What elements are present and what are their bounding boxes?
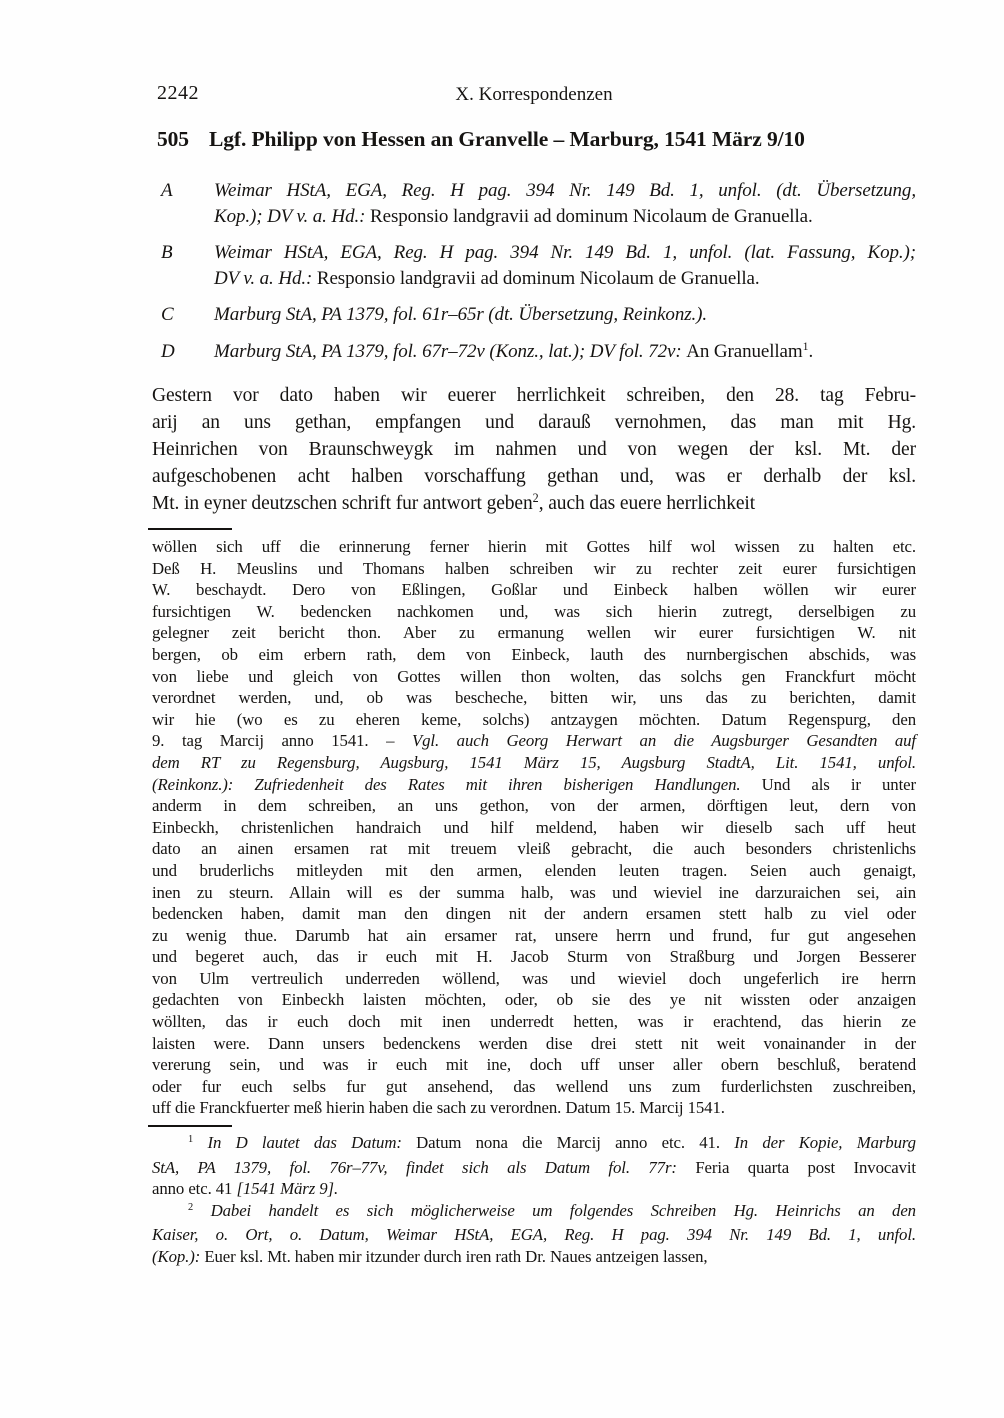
text-line: Mt. in eyner deutzschen schrift fur antw… (152, 490, 916, 519)
text-line: Kop.); DV v. a. Hd.: Responsio landgravi… (214, 204, 916, 230)
text-line: arij an uns gethan, empfangen und darauß… (152, 409, 916, 436)
text-line: W. beschaydt. Dero von Eßlingen, Goßlar … (152, 579, 916, 601)
text-line: Weimar HStA, EGA, Reg. H pag. 394 Nr. 14… (214, 178, 916, 204)
text-line: (Reinkonz.): Zufriedenheit des Rates mit… (152, 774, 916, 796)
text-line: von Ulm vertreulich underreden wöllend, … (152, 968, 916, 990)
witness-label: C (161, 302, 174, 328)
text-line: Marburg StA, PA 1379, fol. 67r–72v (Konz… (214, 339, 916, 367)
footnote-1: 1 In D lautet das Datum: Datum nona die … (152, 1132, 916, 1200)
text-line: oder fur euch selbs fur gut ansehend, da… (152, 1076, 916, 1098)
witness-label: D (161, 339, 175, 365)
text-line: Kaiser, o. Ort, o. Datum, Weimar HStA, E… (152, 1224, 916, 1246)
text-line: zu wenig thue. Darumb hat ain ersamer ra… (152, 925, 916, 947)
text-line: StA, PA 1379, fol. 76r–77v, findet sich … (152, 1157, 916, 1179)
footnote-2: 2 Dabei handelt es sich möglicherweise u… (152, 1200, 916, 1268)
apparatus-continuation-text: wöllen sich uff die erinnerung ferner hi… (152, 536, 916, 1119)
witness-row-b: B Weimar HStA, EGA, Reg. H pag. 394 Nr. … (152, 240, 916, 291)
text-line: 9. tag Marcij anno 1541. – Vgl. auch Geo… (152, 730, 916, 752)
running-head: X. Korrespondenzen (152, 84, 916, 106)
text-line: 1 In D lautet das Datum: Datum nona die … (152, 1132, 916, 1157)
entry-number: 505 (152, 125, 209, 153)
text-line: wöllen sich uff die erinnerung ferner hi… (152, 536, 916, 558)
entry-heading: 505 Lgf. Philipp von Hessen an Granvelle… (152, 125, 916, 153)
text-line: laisten were. Dann unsers bedenckens wer… (152, 1033, 916, 1055)
witness-description: Weimar HStA, EGA, Reg. H pag. 394 Nr. 14… (214, 240, 916, 291)
text-line: anno etc. 41 [1541 März 9]. (152, 1178, 916, 1200)
text-line: aufgeschobenen acht halben vorschaffung … (152, 463, 916, 490)
letter-body-text: Gestern vor dato haben wir euerer herrli… (152, 382, 916, 519)
text-line: Deß H. Meuslins und Thomans halben schre… (152, 558, 916, 580)
text-line: dem RT zu Regensburg, Augsburg, 1541 Mär… (152, 752, 916, 774)
text-line: verordnet werden, und, ob was bescheche,… (152, 687, 916, 709)
witness-row-a: A Weimar HStA, EGA, Reg. H pag. 394 Nr. … (152, 178, 916, 229)
text-line: bergen, ob eim erbern rath, dem von Einb… (152, 644, 916, 666)
text-line: 2 Dabei handelt es sich möglicherweise u… (152, 1200, 916, 1225)
witness-label: B (161, 240, 173, 266)
text-line: Marburg StA, PA 1379, fol. 61r–65r (dt. … (214, 302, 916, 328)
text-line: bedencken haben, damit man den dingen ni… (152, 903, 916, 925)
text-line: anderm in dem schreiben, an uns gethon, … (152, 795, 916, 817)
text-line: und begeret auch, das ir euch mit H. Jac… (152, 946, 916, 968)
text-line: inen zu steurn. Allain will es der summa… (152, 882, 916, 904)
text-line: Heinrichen von Braunschweygk im nahmen u… (152, 436, 916, 463)
text-line: Einbeckh, christenlichen handraich und h… (152, 817, 916, 839)
text-line: DV v. a. Hd.: Responsio landgravii ad do… (214, 266, 916, 292)
text-line: fursichtigen W. bedencken nachkomen und,… (152, 601, 916, 623)
witness-list: A Weimar HStA, EGA, Reg. H pag. 394 Nr. … (152, 178, 916, 366)
text-line: Gestern vor dato haben wir euerer herrli… (152, 382, 916, 409)
witness-description: Marburg StA, PA 1379, fol. 61r–65r (dt. … (214, 302, 916, 328)
text-line: vererung sein, und was ir euch mit ine, … (152, 1054, 916, 1076)
witness-description: Marburg StA, PA 1379, fol. 67r–72v (Konz… (214, 339, 916, 367)
text-line: wöllten, das ir euch doch mit inen under… (152, 1011, 916, 1033)
text-line: von liebe und gleich von Gottes willen t… (152, 666, 916, 688)
text-line: wir hie (wo es zu eheren keme, solchs) a… (152, 709, 916, 731)
text-line: uff die Franckfuerter meß hierin haben d… (152, 1097, 916, 1119)
witness-description: Weimar HStA, EGA, Reg. H pag. 394 Nr. 14… (214, 178, 916, 229)
text-line: und bruderlichs mitleyden mit den armen,… (152, 860, 916, 882)
text-line: Weimar HStA, EGA, Reg. H pag. 394 Nr. 14… (214, 240, 916, 266)
witness-row-d: D Marburg StA, PA 1379, fol. 67r–72v (Ko… (152, 339, 916, 367)
footnote-separator-rule (148, 528, 232, 530)
book-page: 2242 X. Korrespondenzen 505 Lgf. Philipp… (0, 0, 1004, 1268)
witness-label: A (161, 178, 173, 204)
text-line: gedachten von Einbeckh laisten möchten, … (152, 989, 916, 1011)
witness-row-c: C Marburg StA, PA 1379, fol. 61r–65r (dt… (152, 302, 916, 328)
text-line: dato an ainen ersamen rat mit treuem vle… (152, 838, 916, 860)
text-line: gelegner zeit bericht thon. Aber zu erma… (152, 622, 916, 644)
footnote-separator-rule (148, 1125, 232, 1127)
text-column: 2242 X. Korrespondenzen 505 Lgf. Philipp… (152, 0, 916, 1268)
text-line: (Kop.): Euer ksl. Mt. haben mir itzunder… (152, 1246, 916, 1268)
page-header: 2242 X. Korrespondenzen (152, 0, 916, 108)
footnotes-block: 1 In D lautet das Datum: Datum nona die … (152, 1132, 916, 1268)
entry-title: Lgf. Philipp von Hessen an Granvelle – M… (209, 125, 805, 153)
